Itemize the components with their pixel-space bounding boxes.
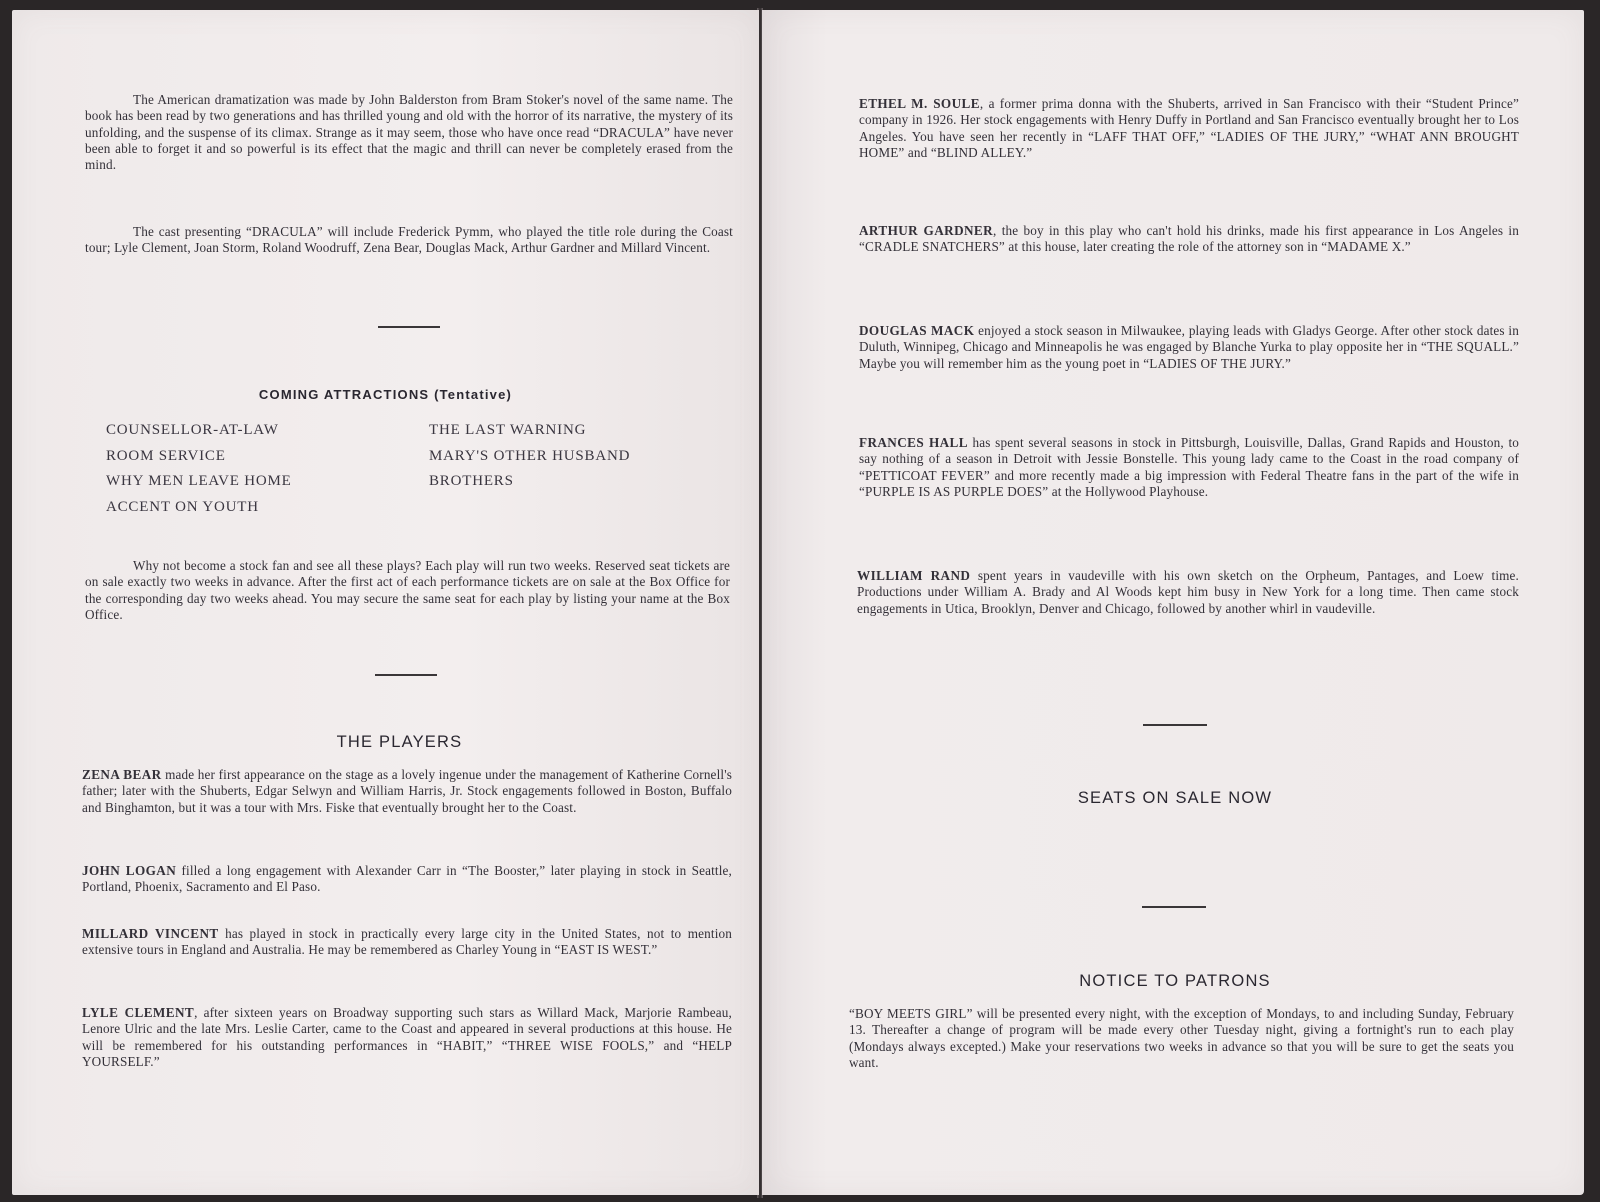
- dramatization-paragraph: The American dramatization was made by J…: [85, 92, 733, 173]
- player-bio: FRANCES HALL has spent several seasons i…: [859, 435, 1519, 500]
- player-name: JOHN LOGAN: [82, 863, 176, 878]
- divider: [375, 674, 437, 676]
- notice-paragraph: “BOY MEETS GIRL” will be presented every…: [849, 1006, 1514, 1071]
- players-heading: THE PLAYERS: [12, 733, 787, 752]
- player-text: made her first appearance on the stage a…: [82, 767, 732, 815]
- divider: [378, 326, 440, 328]
- player-name: ZENA BEAR: [82, 767, 162, 782]
- coming-attractions-heading: COMING ATTRACTIONS (Tentative): [12, 387, 759, 402]
- player-bio: ETHEL M. SOULE, a former prima donna wit…: [859, 96, 1519, 161]
- attractions-column-1: COUNSELLOR-AT-LAW ROOM SERVICE WHY MEN L…: [106, 418, 292, 520]
- player-name: MILLARD VINCENT: [82, 926, 219, 941]
- player-bio: LYLE CLEMENT, after sixteen years on Bro…: [82, 1005, 732, 1070]
- player-bio: DOUGLAS MACK enjoyed a stock season in M…: [859, 323, 1519, 372]
- intro-cast: The cast presenting “DRACULA” will inclu…: [85, 224, 733, 257]
- player-bio: JOHN LOGAN filled a long engagement with…: [82, 863, 732, 896]
- player-bio: ARTHUR GARDNER, the boy in this play who…: [859, 223, 1519, 256]
- attractions-column-2: THE LAST WARNING MARY'S OTHER HUSBAND BR…: [429, 418, 630, 495]
- attraction-item: THE LAST WARNING: [429, 418, 630, 444]
- right-page: ETHEL M. SOULE, a former prima donna wit…: [762, 10, 1584, 1195]
- attraction-item: ACCENT ON YOUTH: [106, 495, 292, 521]
- player-name: ARTHUR GARDNER: [859, 223, 993, 238]
- stock-fan-paragraph: Why not become a stock fan and see all t…: [85, 558, 730, 623]
- notice-heading: NOTICE TO PATRONS: [762, 972, 1588, 991]
- attraction-item: MARY'S OTHER HUSBAND: [429, 444, 630, 470]
- player-bio: MILLARD VINCENT has played in stock in p…: [82, 926, 732, 959]
- player-name: WILLIAM RAND: [857, 568, 970, 583]
- player-bio: WILLIAM RAND spent years in vaudeville w…: [857, 568, 1519, 617]
- stock-fan-note: Why not become a stock fan and see all t…: [85, 558, 730, 623]
- player-bio: ZENA BEAR made her first appearance on t…: [82, 767, 732, 816]
- player-name: ETHEL M. SOULE: [859, 96, 980, 111]
- player-name: FRANCES HALL: [859, 435, 968, 450]
- intro-dramatization: The American dramatization was made by J…: [85, 92, 733, 173]
- left-page: The American dramatization was made by J…: [12, 10, 759, 1195]
- player-name: DOUGLAS MACK: [859, 323, 974, 338]
- attraction-item: COUNSELLOR-AT-LAW: [106, 418, 292, 444]
- divider: [1143, 724, 1207, 726]
- cast-paragraph: The cast presenting “DRACULA” will inclu…: [85, 224, 733, 257]
- attraction-item: ROOM SERVICE: [106, 444, 292, 470]
- divider: [1142, 906, 1206, 908]
- attraction-item: WHY MEN LEAVE HOME: [106, 469, 292, 495]
- notice-text: “BOY MEETS GIRL” will be presented every…: [849, 1006, 1514, 1071]
- attraction-item: BROTHERS: [429, 469, 630, 495]
- player-name: LYLE CLEMENT: [82, 1005, 194, 1020]
- player-text: filled a long engagement with Alexander …: [82, 863, 732, 894]
- seats-on-sale-heading: SEATS ON SALE NOW: [762, 789, 1588, 808]
